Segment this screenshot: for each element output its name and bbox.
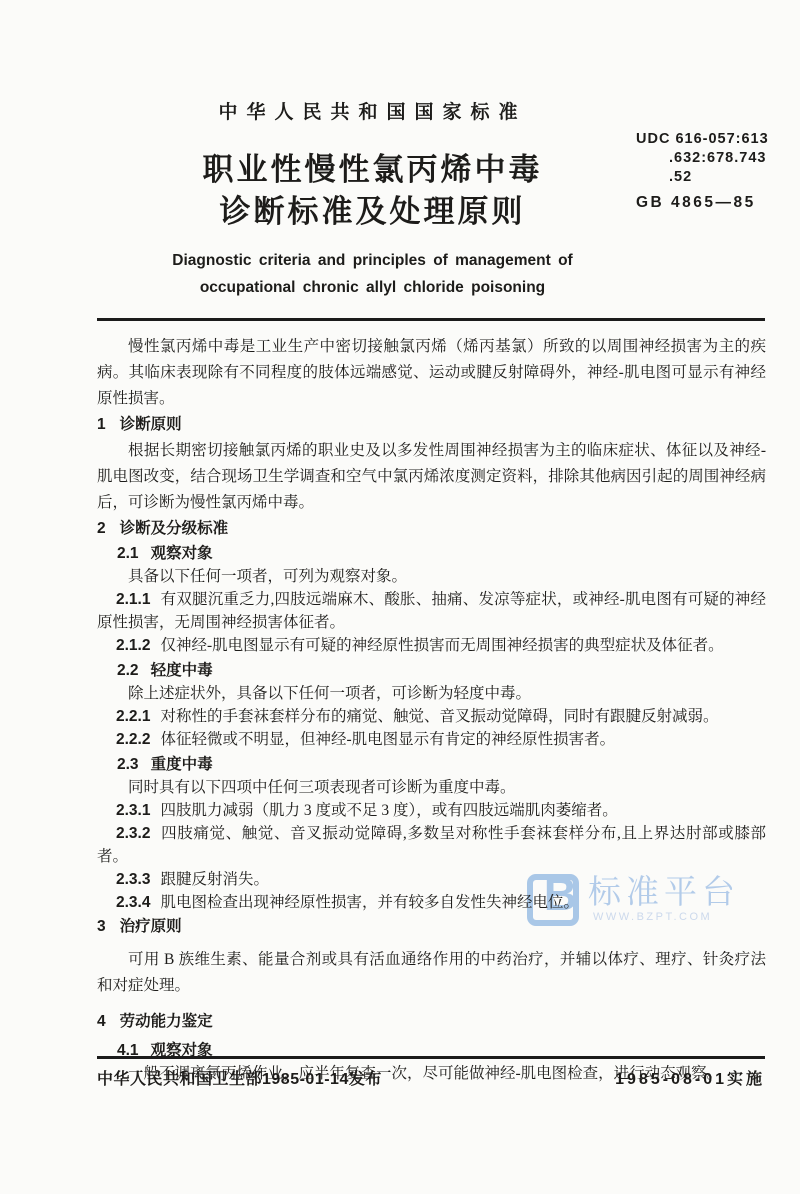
clause-2-2-2-text: 体征轻微或不明显，但神经-肌电图显示有肯定的神经原性损害者。 [160, 731, 615, 748]
clause-2-3-3-text: 跟腱反射消失。 [160, 871, 269, 888]
section-3-number: 3 [97, 918, 106, 935]
clause-2-3-1: 2.3.1四肢肌力减弱（肌力 3 度或不足 3 度），或有四肢远端肌肉萎缩者。 [97, 799, 766, 822]
clause-2-3-3: 2.3.3跟腱反射消失。 [97, 868, 766, 891]
clause-2-3-2: 2.3.2四肢痛觉、触觉、音叉振动觉障碍,多数呈对称性手套袜套样分布,且上界达肘… [97, 822, 766, 868]
section-4-1-title: 观察对象 [151, 1042, 213, 1059]
section-4-1-number: 4.1 [117, 1042, 139, 1059]
section-2-3-heading: 2.3重度中毒 [97, 753, 766, 776]
document-body: 慢性氯丙烯中毒是工业生产中密切接触氯丙烯（烯丙基氯）所致的以周围神经损害为主的疾… [97, 334, 766, 1085]
section-2-1-number: 2.1 [117, 545, 139, 562]
effective-date: 1985-08-01实施 [615, 1066, 765, 1089]
standard-label: 中华人民共和国国家标准 [100, 97, 645, 124]
udc-line-1: UDC 616-057:613 [636, 130, 769, 149]
clause-2-1-2: 2.1.2仅神经-肌电图显示有可疑的神经原性损害而无周围神经损害的典型症状及体征… [97, 634, 766, 657]
section-4-number: 4 [97, 1013, 106, 1030]
clause-2-3-4: 2.3.4肌电图检查出现神经原性损害，并有较多自发性失神经电位。 [97, 891, 766, 914]
section-4-title: 劳动能力鉴定 [120, 1013, 213, 1030]
section-2-2-paragraph: 除上述症状外，具备以下任何一项者，可诊断为轻度中毒。 [97, 682, 766, 705]
section-1-heading: 1诊断原则 [97, 412, 766, 438]
clause-2-2-1-text: 对称性的手套袜套样分布的痛觉、触觉、音叉振动觉障碍，同时有跟腱反射减弱。 [160, 708, 718, 725]
section-2-heading: 2诊断及分级标准 [97, 516, 766, 542]
section-1-number: 1 [97, 416, 106, 433]
title-line-1: 职业性慢性氯丙烯中毒 [100, 149, 645, 191]
section-2-1-paragraph: 具备以下任何一项者，可列为观察对象。 [97, 565, 766, 588]
section-2-3-number: 2.3 [117, 756, 139, 773]
issued-date: 中华人民共和国卫生部1985-01-14发布 [97, 1066, 382, 1089]
clause-2-3-3-number: 2.3.3 [116, 871, 150, 888]
clause-2-1-1: 2.1.1有双腿沉重乏力,四肢远端麻木、酸胀、抽痛、发凉等症状，或神经-肌电图有… [97, 588, 766, 634]
section-4-heading: 4劳动能力鉴定 [97, 1009, 766, 1035]
section-3-heading: 3治疗原则 [97, 914, 766, 940]
clause-2-3-1-text: 四肢肌力减弱（肌力 3 度或不足 3 度），或有四肢远端肌肉萎缩者。 [160, 802, 617, 819]
udc-line-3: .52 [636, 168, 769, 187]
clause-2-3-2-text: 四肢痛觉、触觉、音叉振动觉障碍,多数呈对称性手套袜套样分布,且上界达肘部或膝部者… [97, 825, 766, 865]
section-2-2-number: 2.2 [117, 662, 139, 679]
document-title-english: Diagnostic criteria and principles of ma… [100, 247, 645, 301]
udc-line-2: .632:678.743 [636, 149, 769, 168]
section-2-title: 诊断及分级标准 [120, 520, 229, 537]
intro-paragraph: 慢性氯丙烯中毒是工业生产中密切接触氯丙烯（烯丙基氯）所致的以周围神经损害为主的疾… [97, 334, 766, 412]
section-2-3-paragraph: 同时具有以下四项中任何三项表现者可诊断为重度中毒。 [97, 776, 766, 799]
clause-2-2-1-number: 2.2.1 [116, 708, 150, 725]
section-2-2-heading: 2.2轻度中毒 [97, 659, 766, 682]
standard-number: GB 4865—85 [636, 193, 769, 212]
document-title: 职业性慢性氯丙烯中毒 诊断标准及处理原则 [100, 149, 645, 233]
clause-2-1-1-text: 有双腿沉重乏力,四肢远端麻木、酸胀、抽痛、发凉等症状，或神经-肌电图有可疑的神经… [97, 591, 766, 631]
clause-2-1-1-number: 2.1.1 [116, 591, 150, 608]
clause-2-1-2-text: 仅神经-肌电图显示有可疑的神经原性损害而无周围神经损害的典型症状及体征者。 [160, 637, 723, 654]
clause-2-3-4-number: 2.3.4 [116, 894, 150, 911]
clause-2-3-1-number: 2.3.1 [116, 802, 150, 819]
section-1-title: 诊断原则 [120, 416, 182, 433]
section-1-paragraph: 根据长期密切接触氯丙烯的职业史及以多发性周围神经损害为主的临床症状、体征以及神经… [97, 438, 766, 516]
udc-block: UDC 616-057:613 .632:678.743 .52 GB 4865… [636, 130, 769, 212]
clause-2-1-2-number: 2.1.2 [116, 637, 150, 654]
title-line-2: 诊断标准及处理原则 [100, 191, 645, 233]
section-3-title: 治疗原则 [120, 918, 182, 935]
title-en-line-1: Diagnostic criteria and principles of ma… [100, 247, 645, 274]
section-2-1-title: 观察对象 [151, 545, 213, 562]
section-3-paragraph: 可用 B 族维生素、能量合剂或具有活血通络作用的中药治疗，并辅以体疗、理疗、针灸… [97, 947, 766, 999]
clause-2-3-2-number: 2.3.2 [116, 825, 150, 842]
section-2-number: 2 [97, 520, 106, 537]
section-2-3-title: 重度中毒 [151, 756, 213, 773]
clause-2-2-1: 2.2.1对称性的手套袜套样分布的痛觉、触觉、音叉振动觉障碍，同时有跟腱反射减弱… [97, 705, 766, 728]
footer: 中华人民共和国卫生部1985-01-14发布 1985-08-01实施 [97, 1066, 765, 1089]
clause-2-2-2: 2.2.2体征轻微或不明显，但神经-肌电图显示有肯定的神经原性损害者。 [97, 728, 766, 751]
section-4-1-heading: 4.1观察对象 [97, 1039, 766, 1062]
header-divider [97, 318, 765, 321]
clause-2-2-2-number: 2.2.2 [116, 731, 150, 748]
section-2-2-title: 轻度中毒 [151, 662, 213, 679]
document-page: 中华人民共和国国家标准 UDC 616-057:613 .632:678.743… [0, 0, 800, 1194]
clause-2-3-4-text: 肌电图检查出现神经原性损害，并有较多自发性失神经电位。 [160, 894, 579, 911]
title-en-line-2: occupational chronic allyl chloride pois… [100, 274, 645, 301]
section-2-1-heading: 2.1观察对象 [97, 542, 766, 565]
